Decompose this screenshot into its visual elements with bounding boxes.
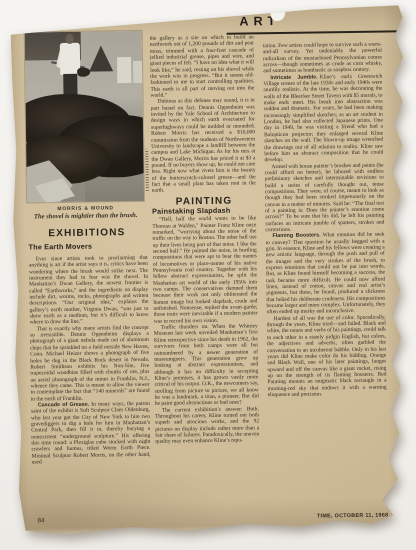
paragraph: Hardest of all was the use of color. Spo… — [267, 314, 387, 398]
photo-credit-marks — [145, 149, 148, 191]
artist-head — [66, 34, 74, 44]
paragraph-text: Hardest of all was the use of color. Spo… — [267, 314, 387, 398]
paragraph: The current exhibition’s answer: Both. T… — [155, 406, 260, 446]
painting-article-title: Painstaking Slapdash — [152, 207, 256, 215]
paragraph-text: Dubious as this defense may sound, it is… — [151, 98, 256, 194]
paragraph-text: What emotion did he seek to convey? That… — [266, 232, 386, 316]
paragraph-text: “Hell, half the world wants to be like T… — [152, 216, 257, 325]
paragraph-text: Kline’s early Greenwich Village scenes o… — [263, 73, 383, 163]
gallery-pedestal — [117, 57, 131, 83]
scanned-clipping-wrapper: MORRIS & MOUND The shovel is mightier th… — [0, 0, 416, 550]
magazine-page: MORRIS & MOUND The shovel is mightier th… — [2, 5, 413, 539]
paragraph: “Hell, half the world wants to be like T… — [152, 216, 257, 325]
column-3: tation. Few artists could hope to surviv… — [263, 42, 389, 512]
page-number: 84 — [37, 517, 44, 524]
paragraph-text: Ever since artists took to proclaiming t… — [29, 255, 149, 326]
triangle-artwork — [89, 45, 113, 71]
paragraph-text: Traffic thunders on. When the Whitney Mu… — [154, 323, 259, 407]
paragraph: Dubious as this defense may sound, it is… — [151, 98, 256, 195]
exhibitions-article-title: The Earth Movers — [29, 241, 148, 252]
paragraph-text: In many ways, the patron saint of the ex… — [31, 401, 151, 466]
paragraph-text: The current exhibition’s answer: Both. T… — [155, 406, 259, 445]
paragraph-text: the gallery as a site on which to build … — [150, 34, 255, 99]
paragraph: tation. Few artists could hope to surviv… — [263, 42, 382, 75]
paragraph: That is exactly why many artists find th… — [30, 325, 150, 403]
exhibitions-section-heading: EXHIBITIONS — [27, 227, 146, 240]
paragraph: Traffic thunders on. When the Whitney Mu… — [154, 323, 259, 407]
paper-hole — [270, 4, 285, 21]
paragraph: Ever since artists took to proclaiming t… — [29, 255, 149, 326]
shovel-blade — [77, 68, 90, 77]
paragraph: Flaming Boosters.What emotion did he see… — [265, 232, 385, 316]
column-2: the gallery as a site on which to build … — [150, 34, 261, 525]
paragraph-text: tation. Few artists could hope to surviv… — [263, 42, 382, 75]
column-1: Ever since artists took to proclaiming t… — [29, 255, 152, 523]
painting-section-heading: PAINTING — [152, 198, 256, 206]
paragraph-text: That is exactly why many artists find th… — [30, 325, 150, 402]
paragraph-text: Armed with house painter’s brushes and p… — [265, 162, 385, 233]
issue-footer: TIME, OCTOBER 11, 1968 — [269, 513, 388, 521]
photo-caption-line: The shovel is mightier than the brush. — [15, 212, 156, 221]
paragraph: Armed with house painter’s brushes and p… — [264, 162, 384, 233]
article-photo — [25, 31, 144, 203]
paragraph: the gallery as a site on which to build … — [150, 34, 255, 99]
paragraph: Cascade of Grease.In many ways, the patr… — [31, 401, 151, 466]
paragraph: Intricate Jumble.Kline’s early Greenwich… — [263, 73, 383, 163]
gallery-pedestal — [133, 61, 142, 83]
